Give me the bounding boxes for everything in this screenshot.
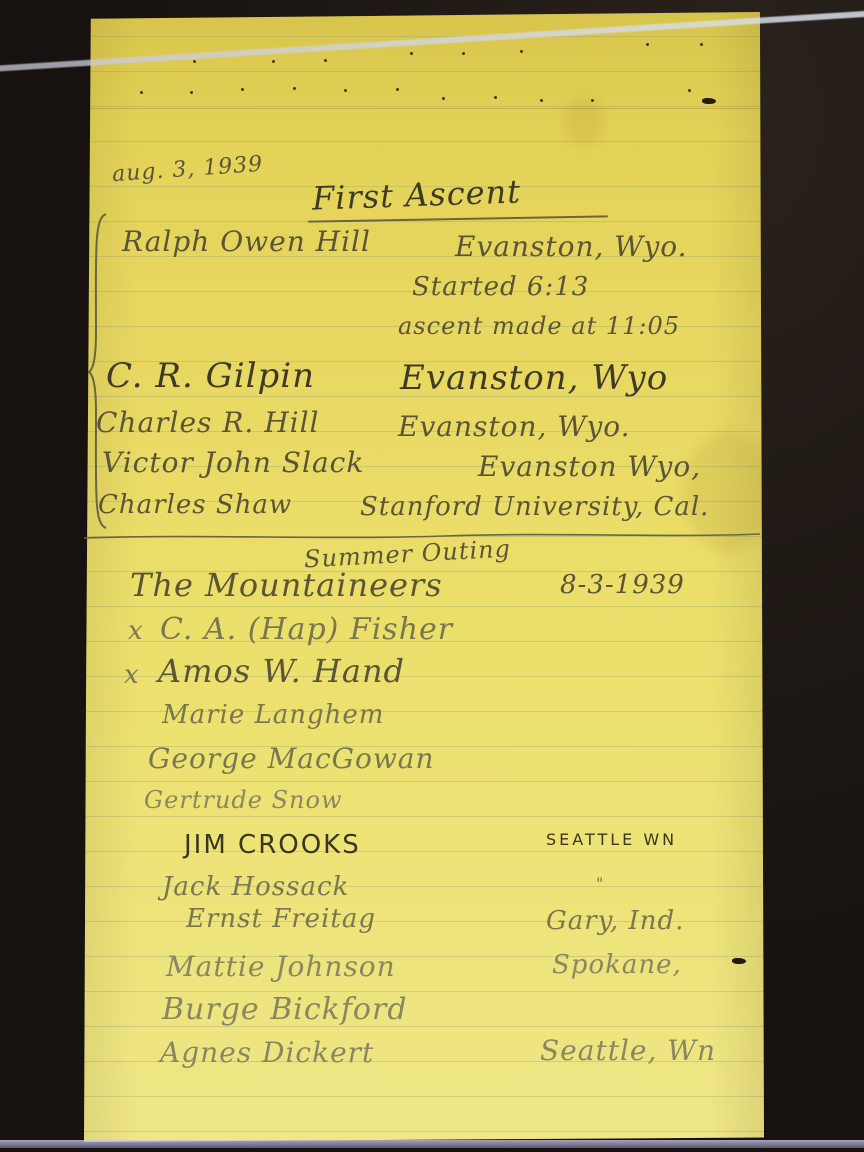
pin-hole	[591, 99, 594, 102]
signature-place: Gary, Ind.	[546, 906, 684, 936]
pin-hole	[344, 89, 347, 92]
pin-hole	[442, 97, 445, 100]
signature-name: Amos W. Hand	[158, 652, 405, 690]
pin-hole	[241, 88, 244, 91]
signature-name: Gertrude Snow	[144, 786, 343, 814]
glass-reflection	[0, 1140, 864, 1148]
document-title: First Ascent	[311, 172, 521, 217]
signature-place: Seattle, Wn	[540, 1034, 716, 1067]
pin-hole	[140, 91, 143, 94]
started-note: Started 6:13	[412, 272, 589, 302]
pin-hole	[396, 88, 399, 91]
bracket-brace	[88, 212, 108, 530]
group-title: The Mountaineers	[130, 566, 443, 604]
signature-name: C. A. (Hap) Fisher	[160, 612, 453, 647]
pin-hole	[410, 52, 413, 55]
paper-stain	[564, 97, 604, 147]
fold-crease	[84, 108, 764, 109]
pin-hole	[193, 60, 196, 63]
pin-hole	[494, 96, 497, 99]
pin-hole	[293, 87, 296, 90]
signature-mark: x	[124, 660, 140, 690]
signature-place: "	[596, 874, 604, 893]
signature-place: SEATTLE WN	[546, 830, 677, 849]
pin-hole	[520, 50, 523, 53]
party-place: Evanston, Wyo	[400, 358, 668, 398]
pin-hole	[324, 59, 327, 62]
party-place: Evanston Wyo,	[478, 450, 701, 483]
party-name: Charles R. Hill	[96, 406, 320, 439]
pin-hole	[462, 52, 465, 55]
pin-hole	[646, 43, 649, 46]
pin-hole	[700, 43, 703, 46]
party-place: Stanford University, Cal.	[360, 492, 709, 522]
pin-hole	[190, 91, 193, 94]
party-name: Victor John Slack	[102, 446, 364, 479]
paper-tear	[732, 958, 746, 964]
signature-mark: x	[128, 616, 144, 646]
pin-hole	[688, 89, 691, 92]
signature-name: George MacGowan	[148, 742, 435, 775]
party-name: Charles Shaw	[98, 490, 292, 520]
signature-place: Spokane,	[552, 950, 682, 980]
party-name: Ralph Owen Hill	[122, 225, 371, 258]
signature-name: Jack Hossack	[162, 872, 349, 902]
signature-name: Burge Bickford	[162, 992, 408, 1027]
party-place: Evanston, Wyo.	[455, 230, 688, 263]
signature-name: JIM CROOKS	[184, 830, 361, 860]
pin-hole	[272, 60, 275, 63]
party-name: C. R. Gilpin	[106, 356, 315, 396]
signature-name: Mattie Johnson	[166, 950, 396, 983]
signature-name: Agnes Dickert	[160, 1036, 374, 1069]
ascent-made-note: ascent made at 11:05	[398, 312, 680, 340]
paper-tear	[702, 98, 716, 104]
photo-scene: aug. 3, 1939 First Ascent Ralph Owen Hil…	[0, 0, 864, 1152]
group-date: 8-3-1939	[560, 570, 685, 600]
party-place: Evanston, Wyo.	[398, 410, 631, 443]
pin-hole	[540, 99, 543, 102]
signature-name: Marie Langhem	[162, 700, 384, 730]
signature-name: Ernst Freitag	[186, 904, 376, 934]
